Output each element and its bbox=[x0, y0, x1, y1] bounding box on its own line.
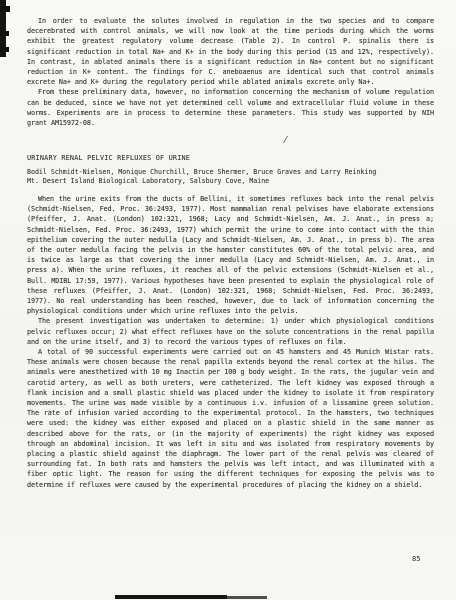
scan-bottom-bar bbox=[115, 595, 227, 599]
paragraph: A total of 90 successful experiments wer… bbox=[27, 347, 434, 490]
scan-artifact bbox=[278, 136, 288, 143]
page-number: 85 bbox=[412, 555, 420, 563]
article-title: URINARY RENAL PELVIC REFLUXES OF URINE bbox=[27, 154, 190, 162]
document-page: In order to evaluate the solutes involve… bbox=[0, 0, 456, 600]
paragraph: In order to evaluate the solutes involve… bbox=[27, 16, 434, 87]
paragraph: When the urine exits from the ducts of B… bbox=[27, 194, 434, 316]
byline-block: Bodil Schmidt-Nielsen, Monique Churchill… bbox=[27, 168, 376, 185]
scan-binding-notch bbox=[0, 31, 9, 36]
paragraph: The present investigation was undertaken… bbox=[27, 316, 434, 347]
scan-binding-notch bbox=[0, 6, 10, 12]
article-body: When the urine exits from the ducts of B… bbox=[27, 194, 434, 490]
affiliation-line: Mt. Desert Island Biological Laboratory,… bbox=[27, 177, 376, 186]
scan-bottom-bar-faded bbox=[227, 596, 267, 599]
paragraph: From these preliminary data, however, no… bbox=[27, 87, 434, 128]
previous-abstract-text: In order to evaluate the solutes involve… bbox=[27, 16, 434, 128]
scan-binding-notch bbox=[0, 47, 9, 52]
authors-line: Bodil Schmidt-Nielsen, Monique Churchill… bbox=[27, 168, 376, 177]
